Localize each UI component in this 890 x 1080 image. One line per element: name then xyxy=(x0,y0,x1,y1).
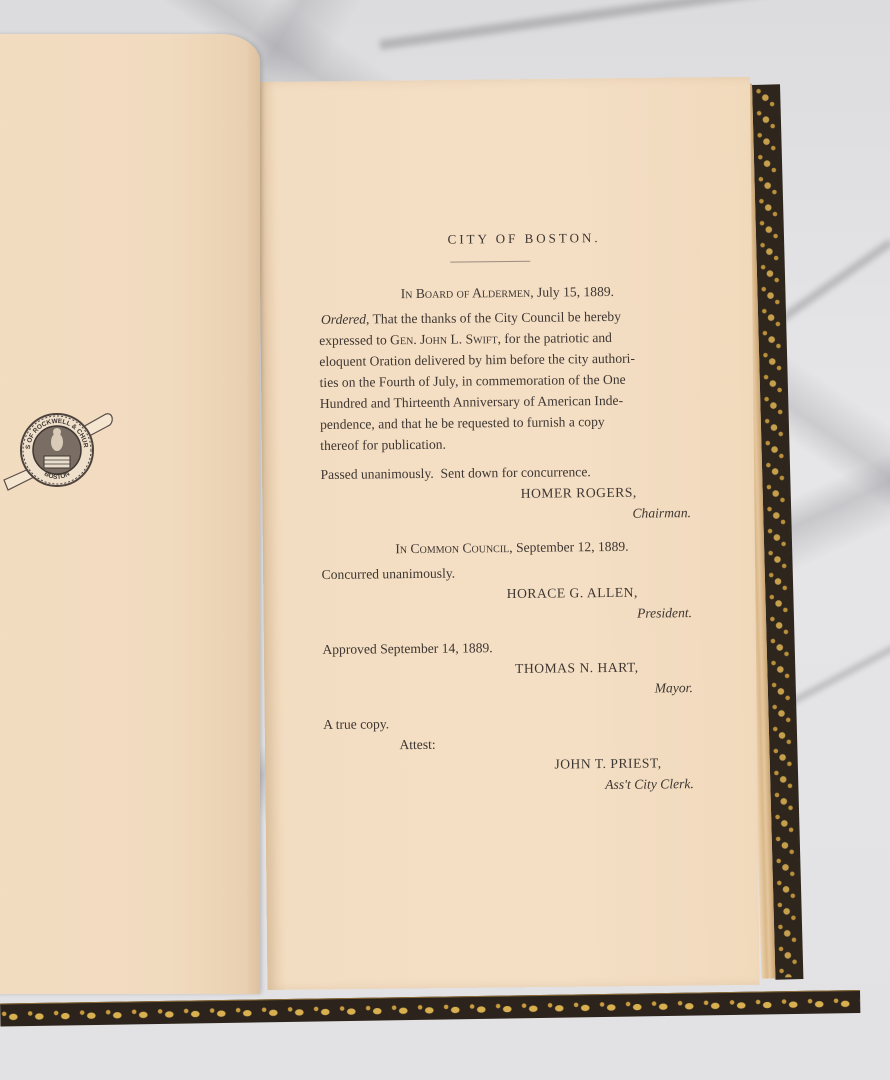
left-page xyxy=(0,34,260,994)
marble-vein xyxy=(789,635,890,706)
title-asst-city-clerk: Ass't City Clerk. xyxy=(324,773,696,798)
title-chairman: Chairman. xyxy=(321,502,693,527)
gilt-border-decoration xyxy=(0,994,860,1024)
book-cover-bottom-edge xyxy=(0,990,860,1027)
title-rule xyxy=(450,261,530,263)
council-heading: In Common Council, September 12, 1889. xyxy=(321,535,693,560)
aldermen-heading: In Board of Aldermen, July 15, 1889. xyxy=(319,280,691,305)
printer-seal: PRESS OF ROCKWELL & CHURCHILL BOSTON xyxy=(0,402,115,494)
order-paragraph: Ordered, That the thanks of the City Cou… xyxy=(319,305,693,456)
title-mayor: Mayor. xyxy=(323,677,695,702)
title-president: President. xyxy=(322,602,694,627)
page-title: CITY OF BOSTON. xyxy=(358,226,690,250)
ordered-word: Ordered xyxy=(321,312,366,327)
printer-seal-icon: PRESS OF ROCKWELL & CHURCHILL BOSTON xyxy=(0,402,115,494)
honoree-name: Gen. John L. Swift xyxy=(390,331,498,347)
marble-vein xyxy=(379,0,890,50)
resolution-text: CITY OF BOSTON. In Board of Aldermen, Ju… xyxy=(318,226,696,810)
